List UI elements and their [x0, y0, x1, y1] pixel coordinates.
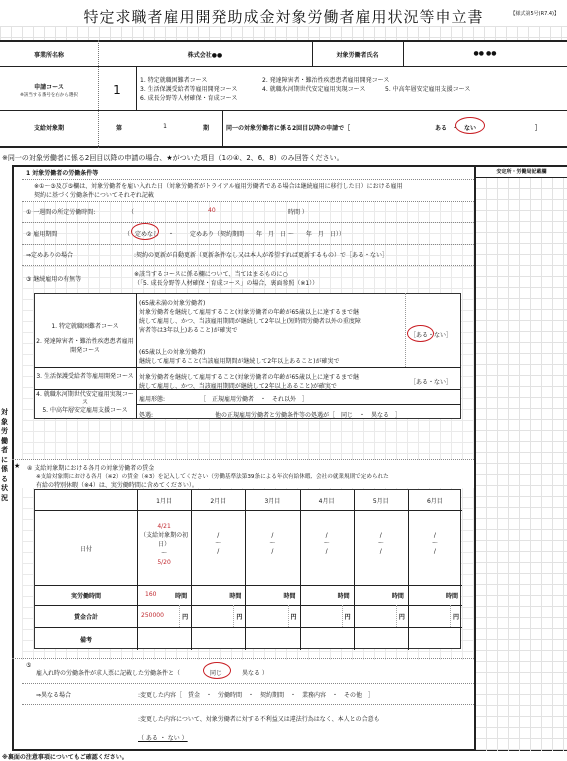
course-option-6: 6. 成長分野等人材確保・育成コース — [140, 93, 237, 102]
term-fixed-option[interactable]: 定めあり（契約期間 年 月 日 ～ 年 月 日）） — [190, 229, 345, 238]
item2b-text: :契約の更新が自動更新（更新条件なし又は本人が希望すれば更新するもの）で［ある・… — [134, 250, 388, 259]
course-option-4: 4. 就職氷河期世代安定雇用実現コース — [262, 84, 365, 93]
course-note: ※該当する番号を右から選択 — [0, 92, 98, 98]
course-option-5: 5. 中高年層安定雇用支援コース — [385, 84, 470, 93]
treatment-options[interactable]: 他の正規雇用労働者と労働条件等の処遇が［ 同じ ・ 異なる ］ — [215, 410, 401, 419]
row-label-date: 日付 — [35, 544, 137, 553]
answer-row2[interactable]: ［ある・ない］ — [410, 377, 452, 386]
section1-heading: 1 対象労働者の労働条件等 — [26, 168, 98, 177]
course-option-1: 1. 特定就職困難者コース — [140, 75, 207, 84]
changed-content-options[interactable]: :変更した内容［ 賃金 ・ 労働時間 ・ 契約期間 ・ 業務内容 ・ その他 ］ — [138, 690, 374, 699]
month-header: 1月目 — [137, 496, 191, 505]
footer-note: ※裏面の注意事項についてもご確認ください。 — [2, 752, 128, 761]
employment-form-label: 雇用形態: — [139, 394, 165, 403]
month-header: 6月目 — [408, 496, 462, 505]
date-range-cell[interactable]: 4/21（支給対象期の初日）～5/20 — [137, 522, 191, 567]
different-option[interactable]: 異なる ） — [242, 668, 268, 677]
form-number: 【様式第5号(R7.4)】 — [510, 10, 559, 17]
item3-label: ③ 継続雇用の有無等 — [26, 274, 81, 283]
agreement-options[interactable]: （ ある ・ ない ） — [138, 733, 188, 742]
wage-table: 1月目2月目3月目4月目5月目6月目日付4/21（支給対象期の初日）～5/20/… — [34, 489, 461, 649]
month-header: 3月目 — [245, 496, 299, 505]
date-range-cell[interactable]: /～/ — [354, 532, 408, 556]
weekly-hours-value[interactable]: 40 — [208, 207, 216, 214]
section1-note-1: ※①～③及び⑤欄は、対象労働者を雇い入れた日（対象労働者がトライアル雇用労働者で… — [34, 181, 403, 190]
remarks-input[interactable] — [300, 627, 354, 650]
repeat-text: 同一の対象労働者に係る2回目以降の申請で［ — [226, 123, 350, 132]
item2-label: ② 雇用期間 — [26, 229, 57, 238]
period-ki: 期 — [190, 123, 222, 132]
section1-note-2: 契約に基づく労働条件についてそれぞれ記載 — [34, 190, 154, 199]
date-range-cell[interactable]: /～/ — [191, 532, 245, 556]
remarks-input[interactable] — [408, 627, 462, 650]
date-range-cell[interactable]: /～/ — [245, 532, 299, 556]
worker-name-label: 対象労働者氏名 — [312, 50, 403, 59]
course-option-2: 2. 発達障害者・難治性疾患患者雇用開発コース — [262, 75, 389, 84]
period-dai: 第 — [98, 123, 140, 132]
repeat-close: ］ — [535, 123, 541, 132]
remarks-input[interactable] — [191, 627, 245, 650]
hours-input[interactable]: 160 — [145, 591, 156, 598]
remarks-input[interactable] — [137, 627, 191, 650]
month-header: 4月目 — [300, 496, 354, 505]
worker-name-value[interactable]: ●● ●● — [403, 50, 567, 57]
date-range-cell[interactable]: /～/ — [300, 532, 354, 556]
row-label-hours: 実労働時間 — [35, 591, 137, 600]
month-header: 5月目 — [354, 496, 408, 505]
month-header: 2月目 — [191, 496, 245, 505]
course-label: 申請コース — [0, 82, 98, 91]
grid-strip — [0, 26, 567, 40]
remarks-input[interactable] — [354, 627, 408, 650]
period-value[interactable]: 1 — [140, 123, 190, 130]
wage-input[interactable]: 250000 — [141, 612, 164, 619]
period-label: 支給対象期 — [0, 123, 98, 132]
employment-form-options[interactable]: ［ 正規雇用労働者 ・ それ以外 ］ — [200, 394, 308, 403]
office-name-value[interactable]: 株式会社●● — [98, 50, 312, 59]
section4-heading: ④ 支給対象期における各月の対象労働者の賃金 — [27, 463, 154, 472]
notice-text: ※同一の対象労働者に係る2回目以降の申請の場合、★がついた項目（1の④、2、6、… — [2, 153, 344, 163]
date-range-cell[interactable]: /～/ — [408, 532, 462, 556]
repeat-yes[interactable]: ある — [435, 123, 447, 132]
course-value[interactable]: 1 — [98, 83, 136, 97]
section5-text: 雇入れ時の労働条件が求人票に記載した労働条件と（ — [36, 668, 180, 677]
selection-circle — [131, 223, 159, 240]
item2b-label: ⇒定めありの場合 — [26, 250, 73, 259]
office-name-label: 事業所名称 — [0, 50, 98, 59]
side-label: 対象労働者に係る状況 — [1, 408, 11, 503]
treatment-label: 処遇: — [139, 410, 153, 419]
selection-circle — [407, 325, 434, 342]
office-use-label: 安定所・労働局記載欄 — [476, 168, 567, 175]
course-option-3: 3. 生活保護受給者等雇用開発コース — [140, 84, 237, 93]
selection-circle — [455, 117, 485, 134]
remarks-input[interactable] — [245, 627, 299, 650]
office-use-grid — [475, 177, 567, 751]
row-label-remarks: 備考 — [35, 635, 137, 644]
form-title: 特定求職者雇用開発助成金対象労働者雇用状況等申立書 — [0, 6, 567, 27]
selection-circle — [203, 662, 231, 679]
item1-label: ① 一週間の所定労働時間: — [26, 207, 95, 216]
star-icon: ★ — [14, 462, 20, 470]
row-label-wage: 賃金合計 — [35, 612, 137, 621]
